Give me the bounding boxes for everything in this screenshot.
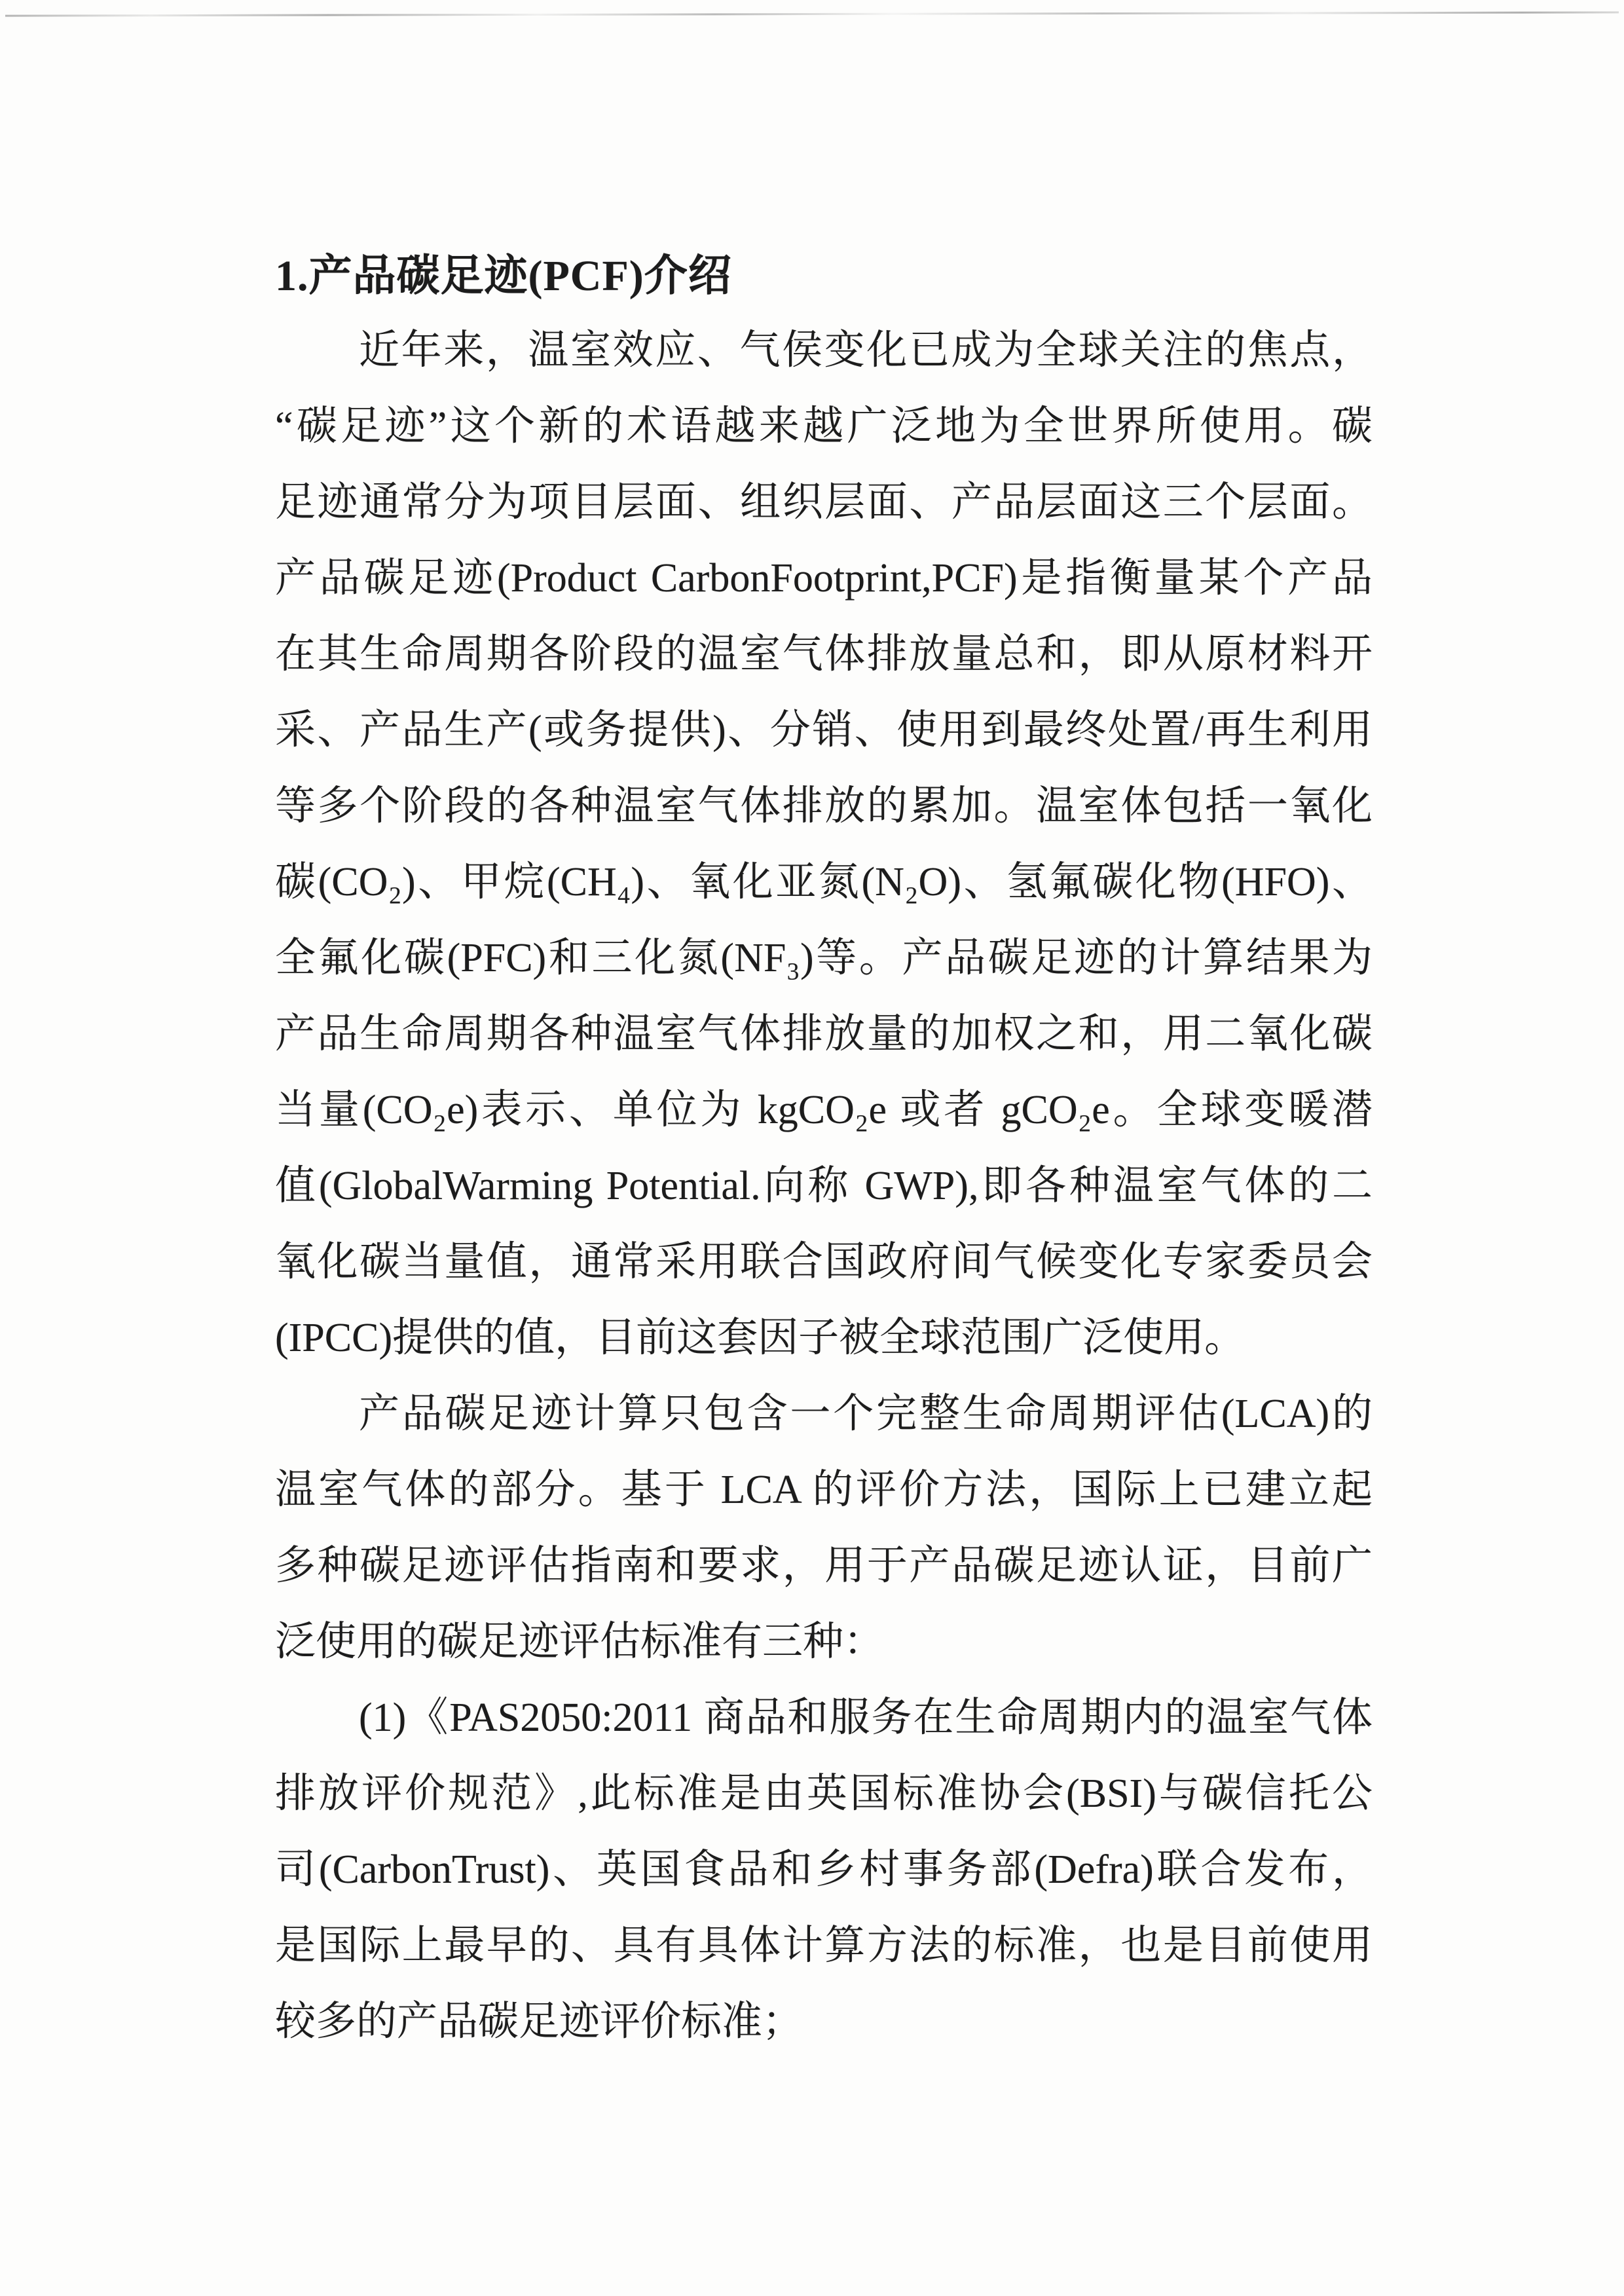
document-body: 近年来，温室效应、气侯变化已成为全球关注的焦点，“碳足迹”这个新的术语越来越广泛… [275, 312, 1373, 2060]
text-line: (1)《PAS2050:2011 商品和服务在生命周期内的温室气体 [275, 1680, 1373, 1756]
text-line: “碳足迹”这个新的术语越来越广泛地为全世界所使用。碳 [275, 388, 1373, 464]
text-line: 氧化碳当量值，通常采用联合国政府间气候变化专家委员会 [275, 1224, 1373, 1300]
text-line: 排放评价规范》,此标准是由英国标准协会(BSI)与碳信托公 [275, 1756, 1373, 1832]
text-line: 等多个阶段的各种温室气体排放的累加。温室体包括一氧化 [275, 768, 1373, 844]
text-line: 采、产品生产(或务提供)、分销、使用到最终处置/再生利用 [275, 692, 1373, 768]
text-line: 司(CarbonTrust)、英国食品和乡村事务部(Defra)联合发布， [275, 1832, 1373, 1908]
text-line: 当量(CO₂e)表示、单位为 kgCO₂e 或者 gCO₂e。全球变暖潜 [275, 1072, 1373, 1148]
text-line: 较多的产品碳足迹评价标准； [275, 1984, 1373, 2060]
text-line: 产品碳足迹(Product CarbonFootprint,PCF)是指衡量某个… [275, 540, 1373, 616]
scanned-document-page: 1.产品碳足迹(PCF)介绍 近年来，温室效应、气侯变化已成为全球关注的焦点，“… [0, 0, 1624, 2296]
text-line: 泛使用的碳足迹评估标准有三种： [275, 1604, 1373, 1680]
text-line: 全氟化碳(PFC)和三化氮(NF₃)等。产品碳足迹的计算结果为 [275, 920, 1373, 996]
document-content: 1.产品碳足迹(PCF)介绍 近年来，温室效应、气侯变化已成为全球关注的焦点，“… [275, 240, 1373, 2060]
text-line: 温室气体的部分。基于 LCA 的评价方法，国际上已建立起 [275, 1452, 1373, 1528]
text-line: 产品生命周期各种温室气体排放量的加权之和，用二氧化碳 [275, 996, 1373, 1072]
text-line: 是国际上最早的、具有具体计算方法的标准，也是目前使用 [275, 1908, 1373, 1984]
text-line: 在其生命周期各阶段的温室气体排放量总和，即从原材料开 [275, 616, 1373, 692]
text-line: 产品碳足迹计算只包含一个完整生命周期评估(LCA)的 [275, 1376, 1373, 1452]
section-heading: 1.产品碳足迹(PCF)介绍 [275, 240, 1373, 312]
text-line: 碳(CO₂)、甲烷(CH₄)、氧化亚氮(N₂O)、氢氟碳化物(HFO)、 [275, 844, 1373, 920]
scan-artifact-line [5, 11, 1619, 16]
text-line: 值(GlobalWarming Potential.向称 GWP),即各种温室气… [275, 1148, 1373, 1224]
text-line: 足迹通常分为项目层面、组织层面、产品层面这三个层面。 [275, 464, 1373, 540]
text-line: 多种碳足迹评估指南和要求，用于产品碳足迹认证，目前广 [275, 1528, 1373, 1604]
text-line: (IPCC)提供的值，目前这套因子被全球范围广泛使用。 [275, 1300, 1373, 1376]
text-line: 近年来，温室效应、气侯变化已成为全球关注的焦点， [275, 312, 1373, 388]
